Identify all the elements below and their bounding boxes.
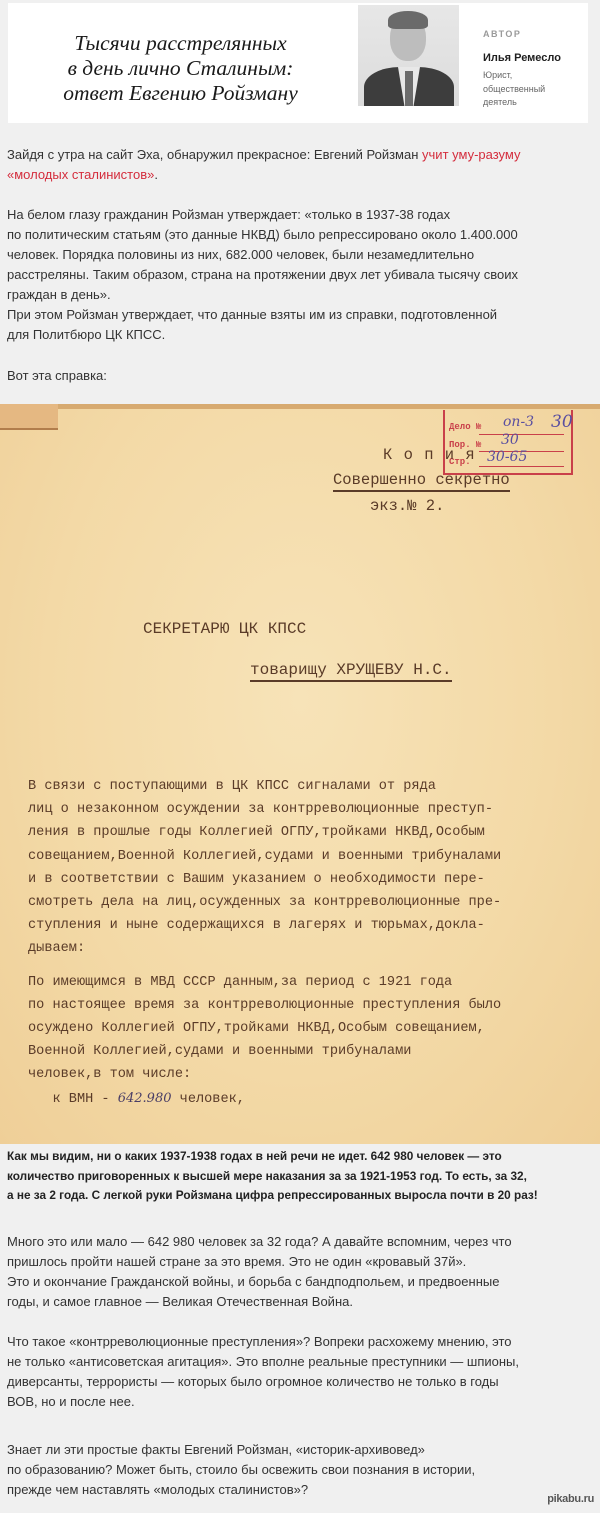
author-photo [358, 5, 459, 106]
intro-paragraph: Зайдя с утра на сайт Эха, обнаружил прек… [7, 145, 595, 185]
author-label: АВТОР [483, 29, 521, 39]
title-line: в день лично Сталиным: [28, 56, 333, 81]
paragraph-crimes: Что такое «контрреволюционные преступлен… [7, 1332, 595, 1412]
summary-paragraph: Как мы видим, ни о каких 1937-1938 годах… [7, 1147, 597, 1206]
document-intro: Вот эта справка: [7, 366, 595, 386]
article-link-continued[interactable]: «молодых сталинистов» [7, 167, 154, 182]
handwritten-count: 642.980 [118, 1091, 172, 1106]
copy-number: экз.№ 2. [370, 497, 444, 515]
article-header: Тысячи расстрелянных в день лично Сталин… [8, 3, 588, 123]
addressee-name: товарищу ХРУЩЕВУ Н.С. [250, 661, 452, 682]
article-title: Тысячи расстрелянных в день лично Сталин… [28, 31, 333, 106]
author-role: Юрист, общественный деятель [483, 69, 573, 110]
archive-stamp: Дело № оп-3 30 Пор. № 30 Стр. 30-65 [443, 410, 573, 475]
scanned-document: Дело № оп-3 30 Пор. № 30 Стр. 30-65 К о … [0, 404, 600, 1144]
document-body: В связи с поступающими в ЦК КПСС сигнала… [28, 775, 598, 1111]
secret-mark: Совершенно секретно [333, 471, 510, 492]
paragraph-conclusion: Знает ли эти простые факты Евгений Ройзм… [7, 1440, 595, 1500]
article-link[interactable]: учит уму-разуму [422, 147, 520, 162]
author-name: Илья Ремесло [483, 52, 561, 64]
paragraph-context: Много это или мало — 642 980 человек за … [7, 1232, 595, 1312]
copy-mark: К о п и я [383, 446, 476, 464]
watermark: pikabu.ru [547, 1493, 594, 1505]
title-line: Тысячи расстрелянных [28, 31, 333, 56]
quote-paragraph: На белом глазу гражданин Ройзман утвержд… [7, 205, 595, 345]
title-line: ответ Евгению Ройзману [28, 81, 333, 106]
addressee-title: СЕКРЕТАРЮ ЦК КПСС [143, 620, 306, 638]
